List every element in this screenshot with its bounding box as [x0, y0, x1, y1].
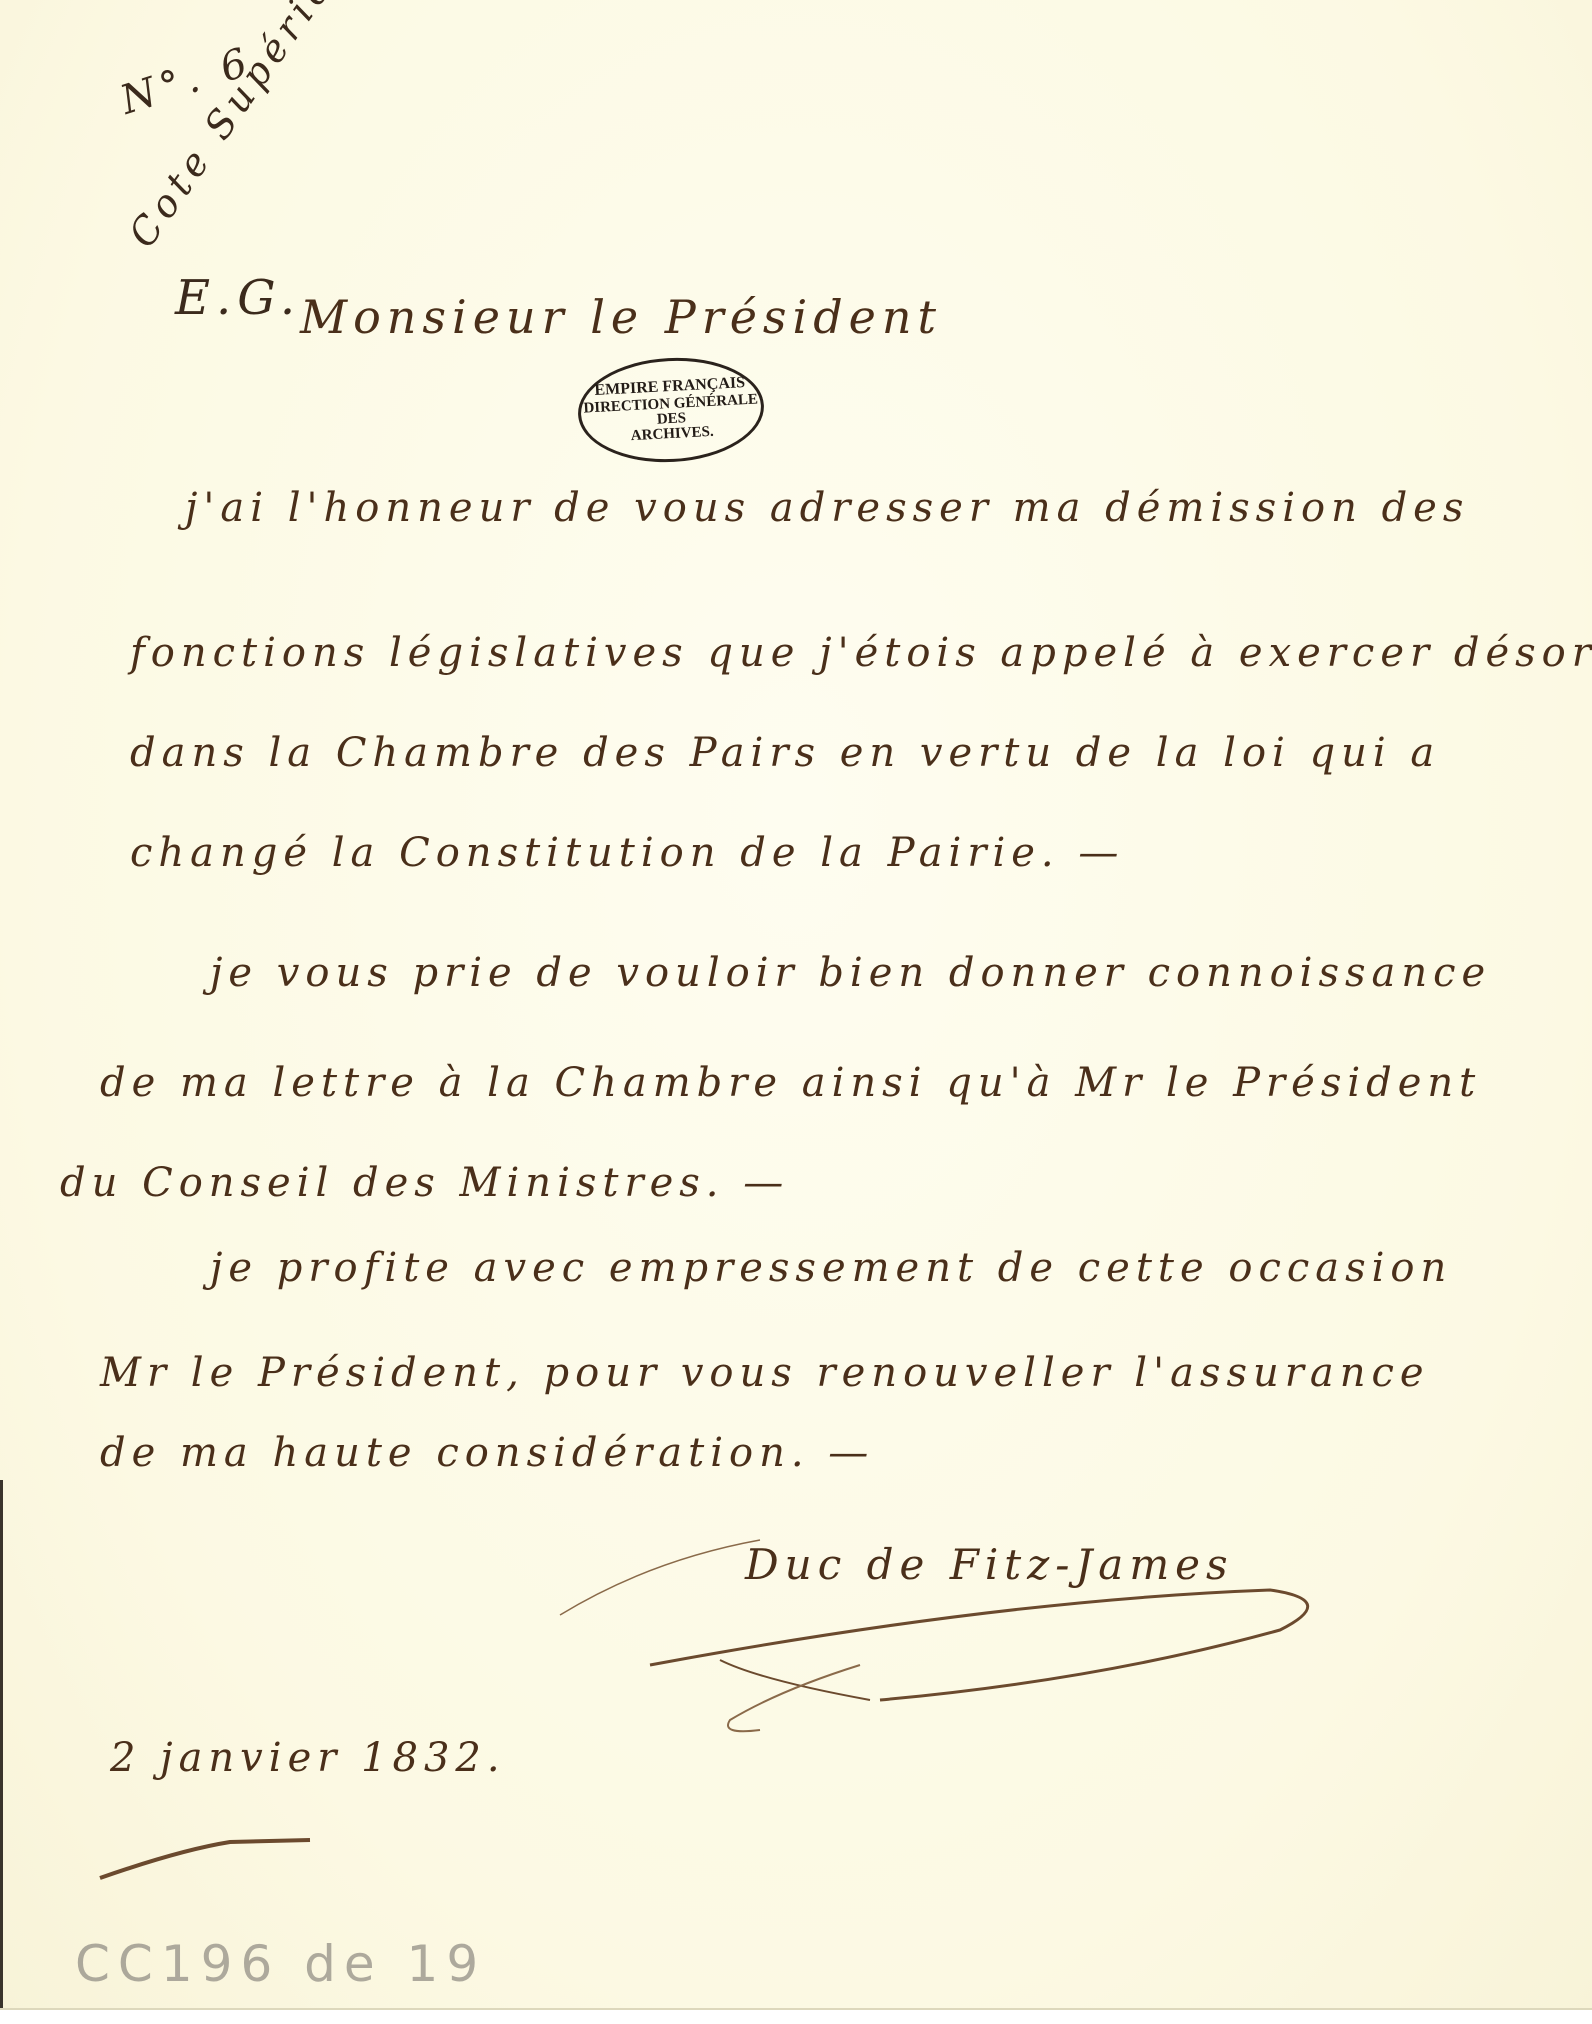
- archive-reference-pencil: CC196 de 19: [75, 1935, 486, 1993]
- letter-page: N°. 6 Cote Supérieure E.G. Monsieur le P…: [0, 0, 1592, 2024]
- signature-flourish-icon: [0, 0, 1592, 2024]
- letter-date: 2 janvier 1832.: [110, 1735, 506, 1781]
